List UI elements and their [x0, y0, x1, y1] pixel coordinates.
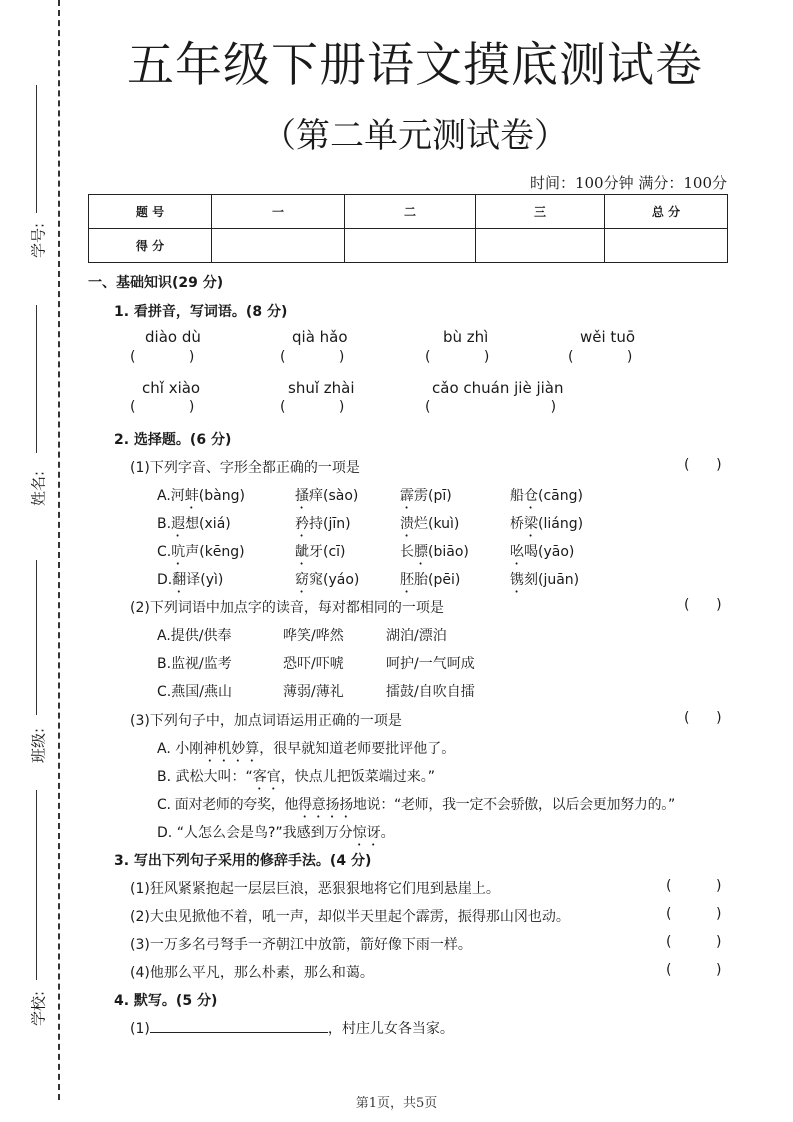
score-table-score-row: 得 分 [89, 229, 728, 263]
dotted-char: 仓 [524, 488, 538, 504]
student-id-line[interactable] [36, 85, 37, 213]
dotted-char: 窈 [295, 572, 309, 588]
q2-sub1-option-a: A.河蚌(bàng) [157, 485, 245, 512]
binding-dashed-line [58, 0, 60, 1100]
answer-blank-1[interactable]: ( ) [130, 349, 194, 365]
q2-sub3-option-c: C. 面对老师的夸奖，他得意扬扬地说：“老师，我一定不会骄傲，以后会更加努力的。… [157, 794, 675, 821]
q4-item-1: (1)，村庄儿女各当家。 [130, 1018, 454, 1038]
pinyin-1: diào dù [145, 328, 201, 346]
name-line[interactable] [36, 305, 37, 453]
word-pair: 监视/监考 [171, 656, 232, 672]
dotted-word: 惊讶 [353, 825, 381, 841]
text: 河 [171, 488, 185, 504]
q3-answer-3[interactable]: ( ) [666, 934, 721, 950]
class-line[interactable] [36, 560, 37, 715]
q2-sub1-b-2: 矜持(jīn) [295, 513, 351, 540]
q3-item-1: (1)狂风紧紧抱起一层层巨浪，恶狠狠地将它们甩到悬崖上。 [130, 878, 500, 898]
q2-sub3-option-b: B. 武松大叫：“客官，快点儿把饭菜端过来。” [157, 766, 435, 793]
school-line[interactable] [36, 790, 37, 980]
text: 面对老师的夸奖，他 [175, 797, 298, 813]
exam-title: 五年级下册语文摸底测试卷 [80, 28, 750, 95]
dotted-char: 镌 [510, 572, 524, 588]
q2-sub1-answer[interactable]: ( ) [684, 457, 722, 473]
text: 译(yì) [186, 572, 223, 588]
q2-sub1-a-3: 霹雳(pī) [400, 485, 452, 512]
score-cell-total[interactable] [605, 229, 728, 263]
option-label: B. [157, 516, 171, 532]
score-cell-2[interactable] [345, 229, 476, 263]
q2-sub3-option-a: A. 小刚神机妙算，很早就知道老师要批评他了。 [157, 738, 455, 765]
option-label: B. [157, 769, 171, 785]
text: ，很早就知道老师要批评他了。 [259, 741, 455, 757]
pinyin-7: cǎo chuán jiè jiàn [432, 379, 563, 397]
q2-sub1-option-d: D.翻译(yì) [157, 569, 223, 596]
dotted-char: 蚌 [185, 488, 199, 504]
text: 长 [400, 544, 414, 560]
q2-title: 2. 选择题。(6 分) [114, 429, 231, 449]
text: (bàng) [199, 488, 245, 504]
answer-blank-4[interactable]: ( ) [568, 349, 632, 365]
header-total: 总 分 [605, 195, 728, 229]
q1-title: 1. 看拼音，写词语。(8 分) [114, 301, 287, 321]
dotted-char: 龇 [295, 544, 309, 560]
answer-blank-7[interactable]: ( ) [425, 399, 556, 415]
option-label: C. [157, 797, 171, 813]
q3-answer-2[interactable]: ( ) [666, 906, 721, 922]
text: “人怎么会是鸟?”我感到万分 [177, 825, 353, 841]
dotted-char: 翻 [172, 572, 186, 588]
q2-sub1-b-3: 溃烂(kuì) [400, 513, 459, 540]
option-label: C. [157, 684, 171, 700]
answer-blank-5[interactable]: ( ) [130, 399, 194, 415]
q2-sub2-b-2: 恐吓/吓唬 [283, 653, 344, 673]
q2-sub1-prompt: (1)下列字音、字形全都正确的一项是 [130, 457, 360, 477]
fill-blank-line[interactable] [150, 1018, 328, 1033]
text: (liáng) [538, 516, 583, 532]
q2-sub1-d-2: 窈窕(yáo) [295, 569, 359, 596]
q3-answer-1[interactable]: ( ) [666, 878, 721, 894]
q2-sub3-prompt: (3)下列句子中，加点词语运用正确的一项是 [130, 710, 402, 730]
dotted-word: 得意扬扬 [298, 797, 353, 813]
text: (biāo) [428, 544, 469, 560]
q2-sub1-option-c: C.吭声(kēng) [157, 541, 245, 568]
text: 想(xiá) [185, 516, 231, 532]
word-pair: 燕国/燕山 [171, 684, 232, 700]
answer-blank-2[interactable]: ( ) [280, 349, 344, 365]
answer-blank-6[interactable]: ( ) [280, 399, 344, 415]
dotted-char: 吆 [510, 544, 524, 560]
q2-sub1-d-4: 镌刻(juān) [510, 569, 579, 596]
q2-sub1-option-b: B.遐想(xiá) [157, 513, 231, 540]
option-label: A. [157, 488, 171, 504]
time-score-info: 时间：100分钟 满分：100分 [530, 172, 727, 193]
q2-sub1-b-4: 桥梁(liáng) [510, 513, 583, 540]
q2-sub1-d-3: 胚胎(pēi) [400, 569, 460, 596]
text: 胎(pēi) [414, 572, 460, 588]
dotted-char: 矜 [295, 516, 309, 532]
class-label: 班级: [28, 726, 49, 766]
pinyin-5: chǐ xiào [142, 379, 200, 397]
q2-sub2-prompt: (2)下列词语中加点字的读音，每对都相同的一项是 [130, 597, 444, 617]
answer-blank-3[interactable]: ( ) [425, 349, 489, 365]
q2-sub2-c-2: 薄弱/薄礼 [283, 681, 344, 701]
school-label: 学校: [28, 989, 49, 1029]
q2-sub2-b-3: 呵护/一气呵成 [386, 653, 475, 673]
dotted-char: 霹 [400, 488, 414, 504]
q3-item-4: (4)他那么平凡，那么朴素，那么和蔼。 [130, 962, 374, 982]
q2-sub2-option-a: A.提供/供奉 [157, 625, 232, 645]
text: 痒(sào) [309, 488, 358, 504]
option-label: A. [157, 628, 171, 644]
q2-sub2-option-b: B.监视/监考 [157, 653, 232, 673]
header-question-number: 题 号 [89, 195, 212, 229]
q2-sub1-a-4: 船仓(cāng) [510, 485, 583, 512]
score-cell-1[interactable] [212, 229, 345, 263]
score-cell-3[interactable] [476, 229, 605, 263]
text: (cāng) [538, 488, 583, 504]
q3-answer-4[interactable]: ( ) [666, 962, 721, 978]
dotted-word: 客官 [253, 769, 281, 785]
student-id-label: 学号: [28, 221, 49, 261]
dotted-char: 梁 [524, 516, 538, 532]
score-table-header-row: 题 号 一 二 三 总 分 [89, 195, 728, 229]
text: 船 [510, 488, 524, 504]
item-label: (1) [130, 1021, 150, 1037]
q2-sub2-option-c: C.燕国/燕山 [157, 681, 232, 701]
pinyin-4: wěi tuō [580, 328, 635, 346]
text: 。 [381, 825, 395, 841]
option-label: A. [157, 741, 171, 757]
q3-item-2: (2)大虫见掀他不着，吼一声，却似半天里起个霹雳，振得那山冈也动。 [130, 906, 570, 926]
dotted-char: 膘 [414, 544, 428, 560]
text: 牙(cī) [309, 544, 346, 560]
q2-sub3-option-d: D. “人怎么会是鸟?”我感到万分惊讶。 [157, 822, 395, 849]
pinyin-2: qià hǎo [292, 328, 348, 346]
section-1-heading: 一、基础知识(29 分) [88, 272, 223, 292]
dotted-char: 溃 [400, 516, 414, 532]
pinyin-3: bù zhì [443, 328, 488, 346]
dotted-char: 吭 [171, 544, 185, 560]
text: 武松大叫：“ [176, 769, 253, 785]
q2-sub1-c-4: 吆喝(yāo) [510, 541, 574, 568]
text: 烂(kuì) [414, 516, 459, 532]
option-label: D. [157, 825, 172, 841]
q2-sub1-a-2: 搔痒(sào) [295, 485, 358, 512]
dotted-char: 搔 [295, 488, 309, 504]
q4-title: 4. 默写。(5 分) [114, 990, 217, 1010]
text: ，快点儿把饭菜端过来。” [281, 769, 435, 785]
header-part-2: 二 [345, 195, 476, 229]
dotted-word: 神机妙算 [203, 741, 259, 757]
q2-sub2-a-3: 湖泊/漂泊 [386, 625, 447, 645]
score-label: 得 分 [89, 229, 212, 263]
word-pair: 提供/供奉 [171, 628, 232, 644]
q2-sub1-c-3: 长膘(biāo) [400, 541, 469, 568]
text: 小刚 [175, 741, 203, 757]
option-label: B. [157, 656, 171, 672]
q2-sub2-answer[interactable]: ( ) [684, 597, 722, 613]
q2-sub3-answer[interactable]: ( ) [684, 710, 722, 726]
dotted-char: 遐 [171, 516, 185, 532]
text: 雳(pī) [414, 488, 452, 504]
text: 声(kēng) [185, 544, 244, 560]
q3-title: 3. 写出下列句子采用的修辞手法。(4 分) [114, 850, 371, 870]
q2-sub1-c-2: 龇牙(cī) [295, 541, 346, 568]
text: 窕(yáo) [309, 572, 359, 588]
text: 喝(yāo) [524, 544, 574, 560]
text: 刻(juān) [524, 572, 579, 588]
q2-sub2-c-3: 擂鼓/自吹自擂 [386, 681, 475, 701]
text: 持(jīn) [309, 516, 351, 532]
text: 地说：“老师，我一定不会骄傲，以后会更加努力的。” [353, 797, 675, 813]
header-part-1: 一 [212, 195, 345, 229]
option-label: C. [157, 544, 171, 560]
page-footer: 第1页，共5页 [0, 1092, 793, 1111]
exam-subtitle: （第二单元测试卷） [80, 108, 750, 157]
text: 桥 [510, 516, 524, 532]
q2-sub2-a-2: 哗笑/哗然 [283, 625, 344, 645]
q3-item-3: (3)一万多名弓弩手一齐朝江中放箭，箭好像下雨一样。 [130, 934, 472, 954]
score-table: 题 号 一 二 三 总 分 得 分 [88, 194, 728, 263]
item-text: ，村庄儿女各当家。 [328, 1021, 454, 1037]
name-label: 姓名: [28, 469, 49, 509]
header-part-3: 三 [476, 195, 605, 229]
pinyin-6: shuǐ zhài [288, 379, 355, 397]
dotted-char: 胚 [400, 572, 414, 588]
option-label: D. [157, 572, 172, 588]
